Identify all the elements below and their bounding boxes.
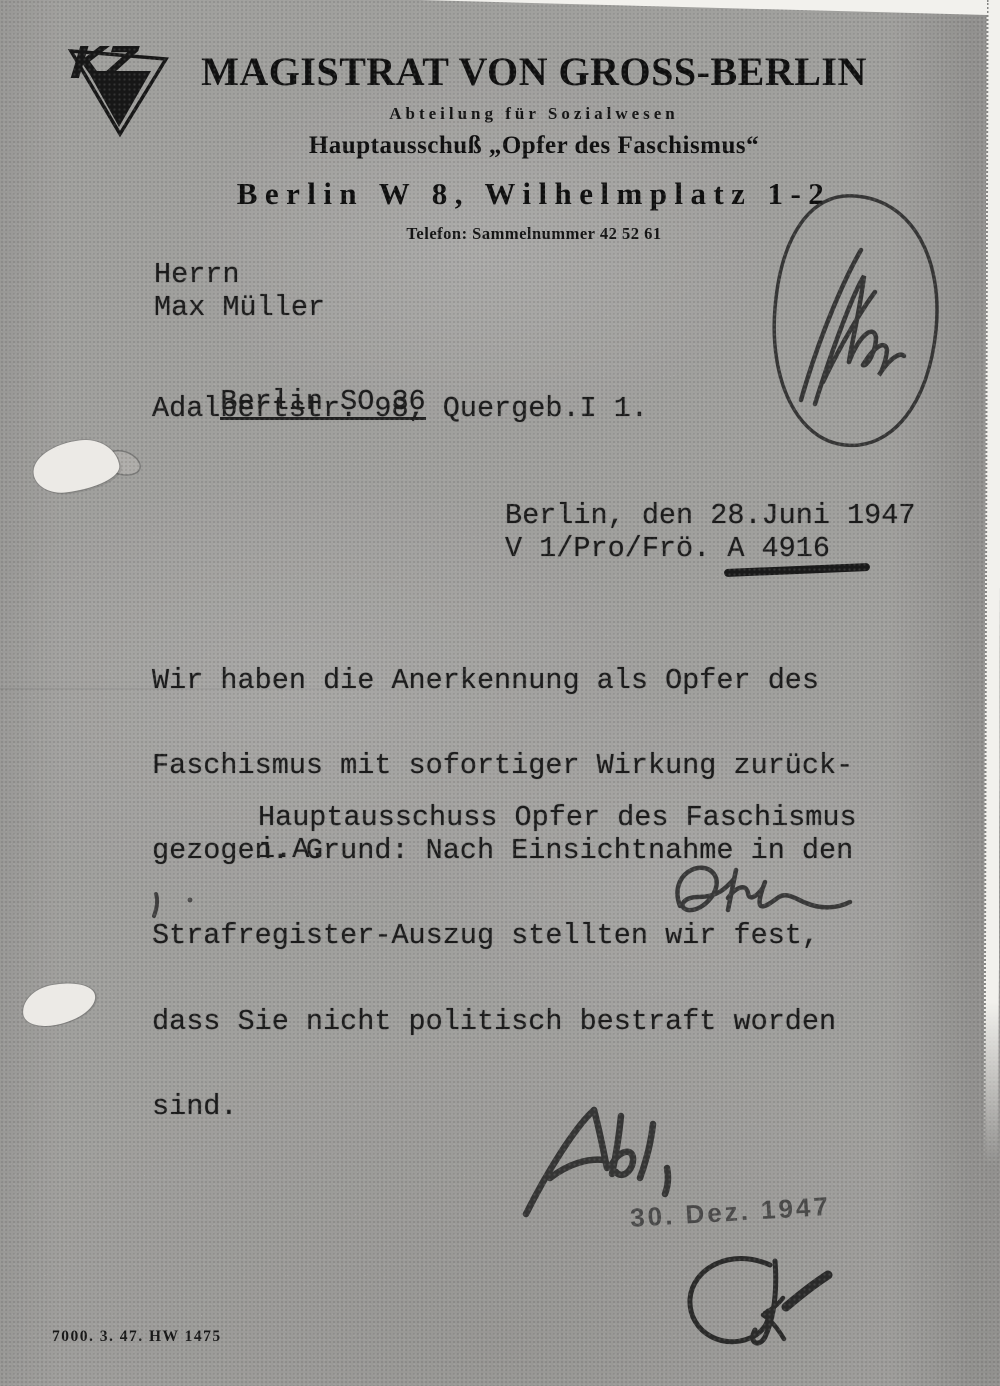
body-line: dass Sie nicht politisch bestraft worden xyxy=(152,1008,853,1036)
file-reference-line: V 1/Pro/Frö. A 4916 xyxy=(505,535,830,563)
body-line: sind. xyxy=(152,1093,853,1121)
recipient-salutation: Herrn xyxy=(154,261,240,289)
circled-initials-scribble xyxy=(763,190,953,458)
scanned-letter-page: KZ MAGISTRAT VON GROSS-BERLIN Abteilung … xyxy=(0,0,1000,1386)
recipient-name: Max Müller xyxy=(154,294,325,322)
paper-edge-strip xyxy=(983,0,1000,1165)
torn-patch-upper xyxy=(30,436,121,496)
footer-print-code: 7000. 3. 47. HW 1475 xyxy=(52,1328,222,1346)
reference-underline-mark xyxy=(724,563,870,577)
ink-speck xyxy=(148,890,198,922)
torn-patch-lower xyxy=(19,977,99,1030)
scanner-edge-wedge xyxy=(420,0,987,15)
letterhead-department: Abteilung für Sozialwesen xyxy=(34,104,1000,124)
official-signature-scribble xyxy=(650,852,860,934)
closing-per: i.A. xyxy=(258,836,326,864)
recipient-street: Adalbertstr. 98, Quergeb.I 1. xyxy=(152,395,648,423)
letterhead-title: MAGISTRAT VON GROSS-BERLIN xyxy=(34,48,1000,95)
body-line: Faschismus mit sofortiger Wirkung zurück… xyxy=(152,752,853,780)
body-line: Wir haben die Anerkennung als Opfer des xyxy=(152,667,853,695)
registrar-paraph-scribble xyxy=(678,1253,848,1358)
place-date-line: Berlin, den 28.Juni 1947 xyxy=(505,502,915,530)
closing-organization: Hauptausschuss Opfer des Faschismus xyxy=(258,804,857,832)
letterhead-committee: Hauptausschuß „Opfer des Faschismus“ xyxy=(34,132,1000,160)
